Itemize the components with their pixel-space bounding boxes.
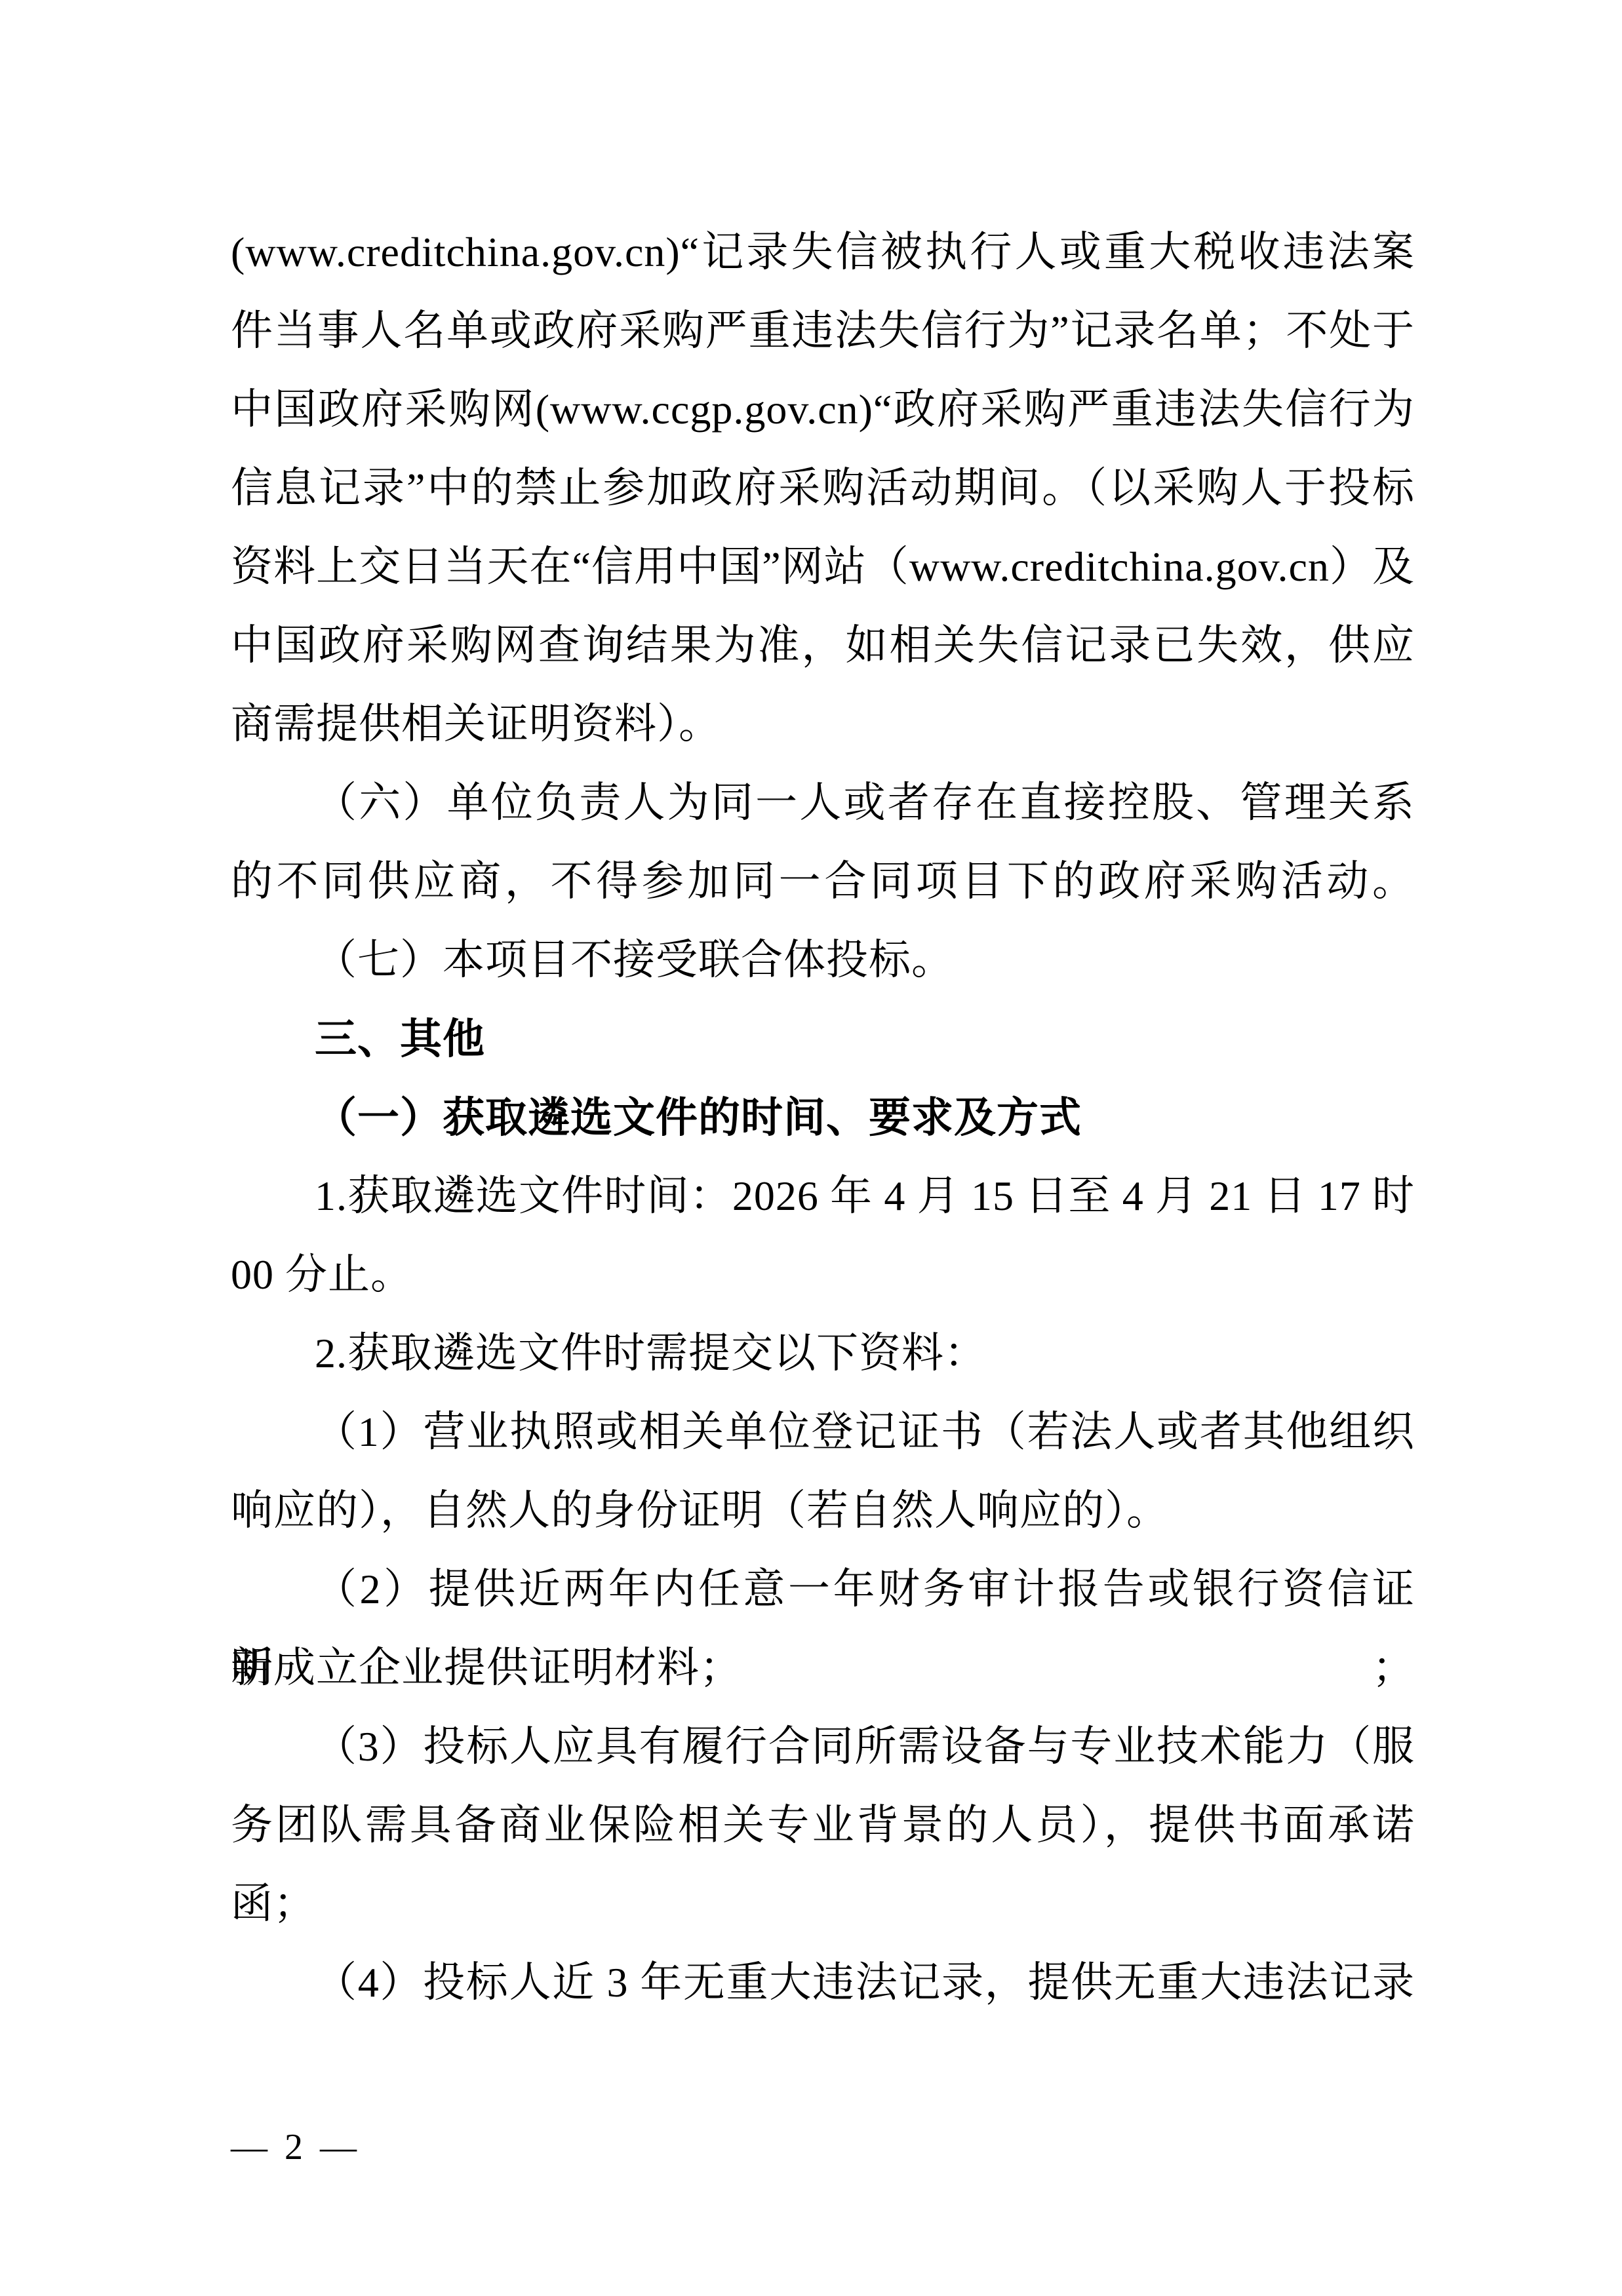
text-line: 中国政府采购网(www.ccgp.gov.cn)“政府采购严重违法失信行为 [231, 370, 1415, 449]
text-line: 件当事人名单或政府采购严重违法失信行为”记录名单；不处于 [231, 292, 1415, 370]
text-line: 信息记录”中的禁止参加政府采购活动期间。（以采购人于投标 [231, 449, 1415, 528]
text-line: 商需提供相关证明资料）。 [231, 685, 1415, 764]
text-line: （六）单位负责人为同一人或者存在直接控股、管理关系 [231, 764, 1415, 842]
text-line: 资料上交日当天在“信用中国”网站（www.creditchina.gov.cn）… [231, 528, 1415, 606]
text-line: （一）获取遴选文件的时间、要求及方式 [231, 1078, 1415, 1157]
text-line: （3）投标人应具有履行合同所需设备与专业技术能力（服 [231, 1707, 1415, 1786]
text-line: 1.获取遴选文件时间：2026 年 4 月 15 日至 4 月 21 日 17 … [231, 1157, 1415, 1236]
text-line: 中国政府采购网查询结果为准，如相关失信记录已失效，供应 [231, 606, 1415, 685]
text-line: （4）投标人近 3 年无重大违法记录，提供无重大违法记录 [231, 1943, 1415, 2022]
text-line: (www.creditchina.gov.cn)“记录失信被执行人或重大税收违法… [231, 213, 1415, 292]
document-page: (www.creditchina.gov.cn)“记录失信被执行人或重大税收违法… [0, 0, 1622, 2296]
text-line: （七）本项目不接受联合体投标。 [231, 921, 1415, 1000]
text-line: 三、其他 [231, 1000, 1415, 1078]
document-body: (www.creditchina.gov.cn)“记录失信被执行人或重大税收违法… [231, 213, 1415, 2022]
text-line: 函； [231, 1865, 1415, 1943]
text-line: 2.获取遴选文件时需提交以下资料： [231, 1314, 1415, 1393]
page-number: — 2 — [231, 2129, 361, 2166]
text-line: 的不同供应商，不得参加同一合同项目下的政府采购活动。 [231, 842, 1415, 921]
text-line: （1）营业执照或相关单位登记证书（若法人或者其他组织 [231, 1393, 1415, 1471]
text-line: 00 分止。 [231, 1236, 1415, 1314]
text-line: （2）提供近两年内任意一年财务审计报告或银行资信证明； [231, 1550, 1415, 1629]
text-line: 响应的），自然人的身份证明（若自然人响应的）。 [231, 1471, 1415, 1550]
text-line: 务团队需具备商业保险相关专业背景的人员），提供书面承诺 [231, 1786, 1415, 1865]
